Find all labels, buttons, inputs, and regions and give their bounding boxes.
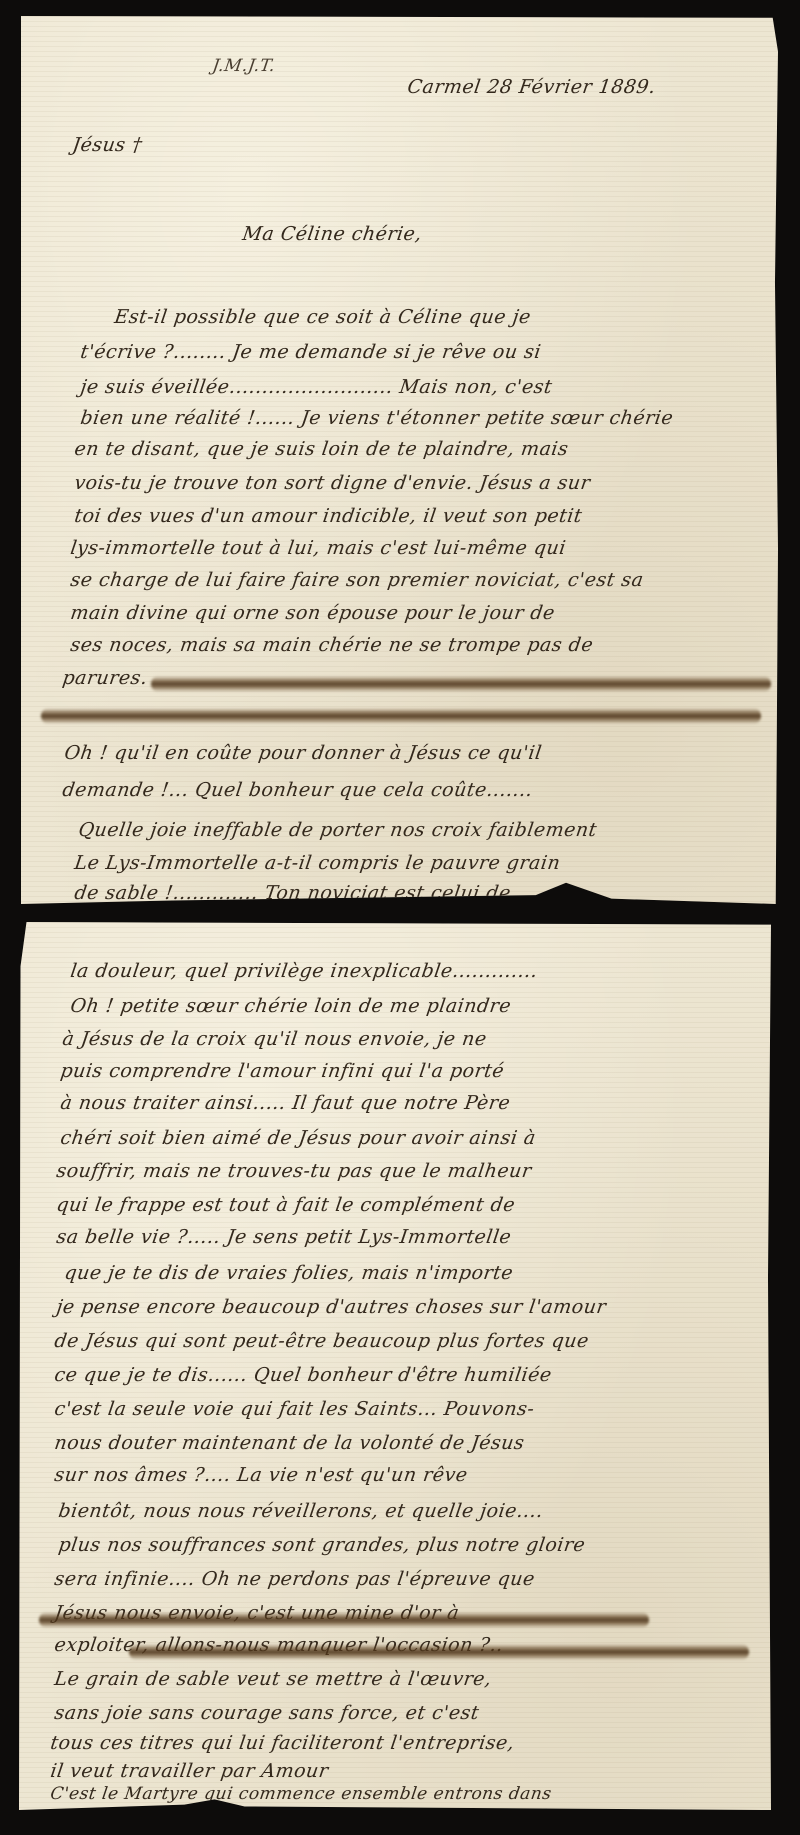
body-line: nous douter maintenant de la volonté de …: [53, 1432, 526, 1454]
body-line: sur nos âmes ?.... La vie n'est qu'un rê…: [53, 1464, 469, 1486]
body-line: Le grain de sable veut se mettre à l'œuv…: [53, 1668, 493, 1690]
body-line: je suis éveillée........................…: [79, 376, 554, 398]
body-line: Le Lys-Immortelle a-t-il compris le pauv…: [73, 852, 562, 874]
invocation: Jésus †: [71, 134, 144, 156]
body-line: plus nos souffrances sont grandes, plus …: [57, 1534, 587, 1556]
body-line: C'est le Martyre qui commence ensemble e…: [49, 1784, 553, 1804]
body-line: bien une réalité !...... Je viens t'éton…: [79, 407, 675, 429]
letter-page-2: la douleur, quel privilège inexplicable.…: [19, 922, 771, 1810]
body-line: sera infinie.... Oh ne perdons pas l'épr…: [53, 1568, 536, 1590]
body-line: qui le frappe est tout à fait le complém…: [55, 1194, 517, 1216]
struck-out-passage: [41, 708, 761, 724]
body-line: demande !... Quel bonheur que cela coûte…: [61, 779, 534, 801]
body-line: que je te dis de vraies folies, mais n'i…: [63, 1262, 515, 1284]
monogram: J.M.J.T.: [211, 56, 277, 76]
body-line: ses noces, mais sa main chérie ne se tro…: [69, 634, 595, 656]
body-line: main divine qui orne son épouse pour le …: [69, 602, 556, 624]
body-line: tous ces titres qui lui faciliteront l'e…: [49, 1732, 516, 1754]
body-line: Oh ! qu'il en coûte pour donner à Jésus …: [63, 742, 543, 764]
body-line: toi des vues d'un amour indicible, il ve…: [73, 505, 584, 527]
body-line: en te disant, que je suis loin de te pla…: [73, 438, 570, 460]
body-line: de sable !............. Ton noviciat est…: [73, 882, 512, 904]
body-line: je pense encore beaucoup d'autres choses…: [55, 1296, 608, 1318]
dateline: Carmel 28 Février 1889.: [406, 76, 657, 98]
body-line: sans joie sans courage sans force, et c'…: [53, 1702, 481, 1724]
body-line: puis comprendre l'amour infini qui l'a p…: [59, 1060, 506, 1082]
body-line: Oh ! petite sœur chérie loin de me plain…: [69, 995, 513, 1017]
body-line: Quelle joie ineffable de porter nos croi…: [77, 819, 598, 841]
struck-out-passage: [151, 676, 771, 692]
body-line: se charge de lui faire faire son premier…: [69, 569, 645, 591]
body-line: vois-tu je trouve ton sort digne d'envie…: [73, 472, 592, 494]
body-line: t'écrive ?........ Je me demande si je r…: [79, 341, 543, 363]
body-line: bientôt, nous nous réveillerons, et quel…: [57, 1500, 545, 1522]
body-line: il veut travailler par Amour: [49, 1760, 330, 1782]
body-line: parures.: [61, 667, 149, 689]
body-line: à nous traiter ainsi..... Il faut que no…: [59, 1092, 512, 1114]
body-line: c'est la seule voie qui fait les Saints.…: [53, 1398, 536, 1420]
body-line: Est-il possible que ce soit à Céline que…: [113, 306, 532, 328]
body-line: de Jésus qui sont peut-être beaucoup plu…: [53, 1330, 590, 1352]
body-line: souffrir, mais ne trouves-tu pas que le …: [55, 1160, 533, 1182]
struck-out-passage: [129, 1644, 749, 1660]
body-line: lys-immortelle tout à lui, mais c'est lu…: [69, 537, 567, 559]
body-line: sa belle vie ?..... Je sens petit Lys-Im…: [55, 1226, 513, 1248]
body-line: chéri soit bien aimé de Jésus pour avoir…: [59, 1127, 537, 1149]
salutation: Ma Céline chérie,: [241, 223, 423, 245]
letter-page-1: J.M.J.T. Carmel 28 Février 1889. Jésus †…: [21, 16, 778, 904]
body-line: la douleur, quel privilège inexplicable.…: [69, 960, 539, 982]
body-line: à Jésus de la croix qu'il nous envoie, j…: [61, 1028, 488, 1050]
struck-out-passage: [39, 1612, 649, 1628]
body-line: ce que je te dis...... Quel bonheur d'êt…: [53, 1364, 553, 1386]
